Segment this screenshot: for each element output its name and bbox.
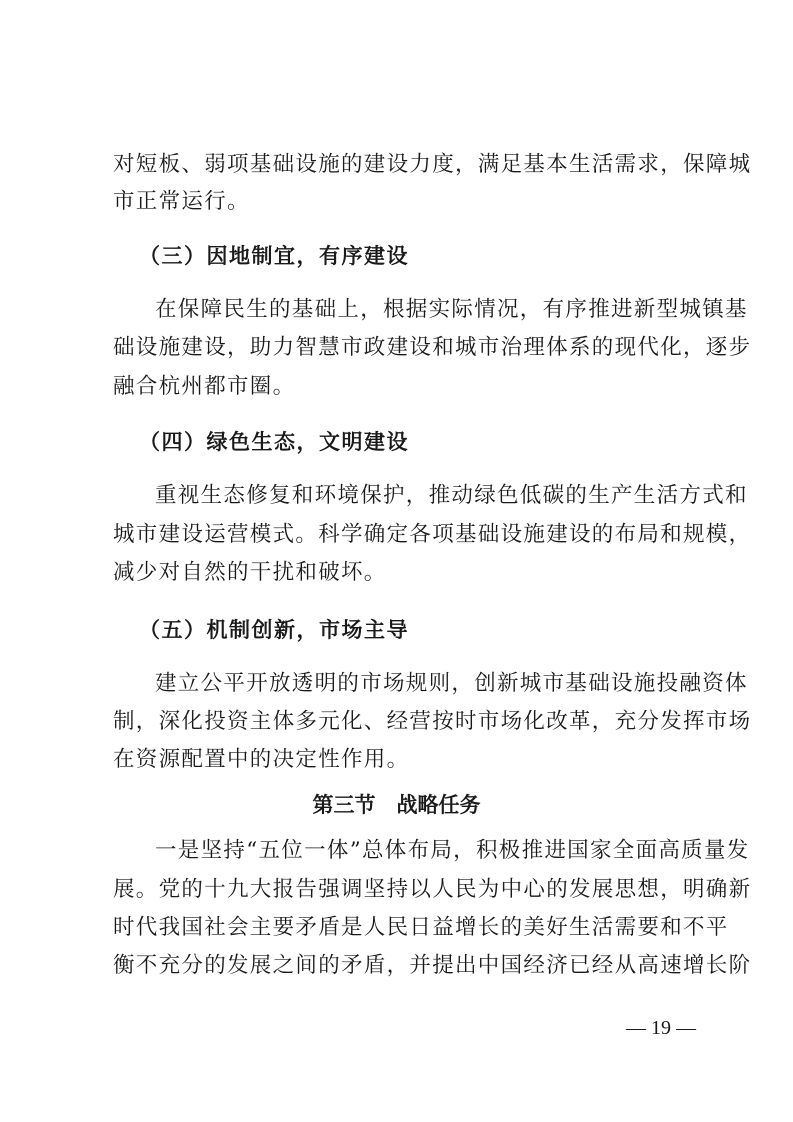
paragraph-line: 在保障民生的基础上，根据实际情况，有序推进新型城镇基 <box>155 297 681 323</box>
paragraph-line: 市正常运行。 <box>113 189 681 215</box>
paragraph-line: 衡不充分的发展之间的矛盾，并提出中国经济已经从高速增长阶 <box>113 953 681 979</box>
paragraph-line: 制，深化投资主体多元化、经营按时市场化改革，充分发挥市场 <box>113 709 681 735</box>
paragraph-line: 对短板、弱项基础设施的建设力度，满足基本生活需求，保障城 <box>113 152 681 178</box>
paragraph-line: 时代我国社会主要矛盾是人民日益增长的美好生活需要和不平 <box>113 915 681 941</box>
paragraph-line: 融合杭州都市圈。 <box>113 374 681 400</box>
paragraph-line: 在资源配置中的决定性作用。 <box>113 747 681 773</box>
paragraph-line: 展。党的十九大报告强调坚持以人民为中心的发展思想，明确新 <box>113 877 681 903</box>
paragraph-line: 城市建设运营模式。科学确定各项基础设施建设的布局和规模， <box>113 522 681 548</box>
paragraph-line: 建立公平开放透明的市场规则，创新城市基础设施投融资体 <box>155 671 681 697</box>
paragraph-line: 一是坚持“五位一体”总体布局，积极推进国家全面高质量发 <box>155 838 681 864</box>
paragraph-line: 重视生态修复和环境保护，推动绿色低碳的生产生活方式和 <box>155 483 681 509</box>
paragraph-line: 础设施建设，助力智慧市政建设和城市治理体系的现代化，逐步 <box>113 335 681 361</box>
principle-heading-5: （五）机制创新，市场主导 <box>139 617 409 643</box>
principle-heading-3: （三）因地制宜，有序建设 <box>139 243 409 269</box>
section-title: 第三节 战略任务 <box>0 792 793 818</box>
page-number: — 19 — <box>626 1017 696 1040</box>
paragraph-line: 减少对自然的干扰和破坏。 <box>113 560 681 586</box>
principle-heading-4: （四）绿色生态，文明建设 <box>139 429 409 455</box>
